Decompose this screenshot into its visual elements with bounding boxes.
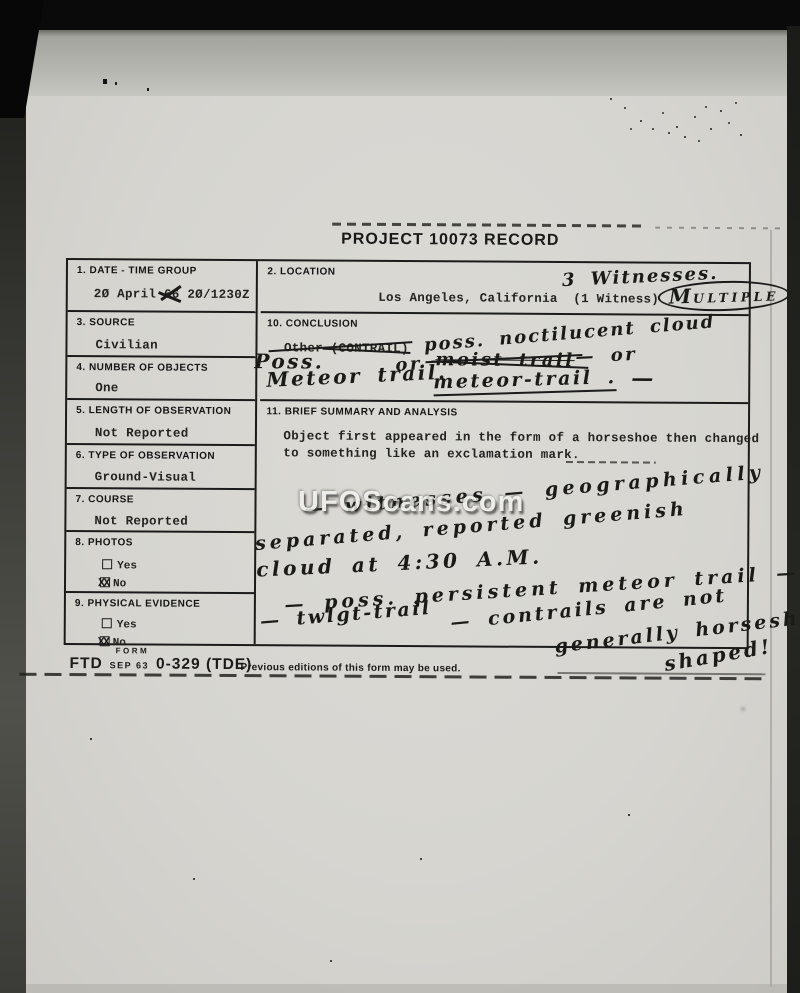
- footer-note-underline: [557, 672, 765, 675]
- field-label: 1. DATE - TIME GROUP: [77, 265, 197, 277]
- checkbox-empty: [102, 618, 112, 628]
- field-course: 7. COURSE Not Reported: [66, 489, 254, 533]
- summary-line: Object first appeared in the form of a h…: [283, 429, 759, 446]
- field-date-time-group: 1. DATE - TIME GROUP 2Ø April 66 2Ø/1230…: [68, 260, 256, 313]
- field-label: 10. CONCLUSION: [267, 318, 358, 330]
- field-value: Los Angeles, California (1 Witness): [378, 291, 659, 307]
- field-label: 8. PHOTOS: [75, 537, 133, 548]
- field-photos: 8. PHOTOS Yes XXNo: [66, 532, 254, 594]
- footer-ftd: FTD: [69, 655, 102, 673]
- xx-mark: XX: [98, 635, 108, 649]
- watermark: UFOScans.com: [298, 486, 524, 519]
- field-value: One: [95, 381, 118, 395]
- field-number-of-objects: 4. NUMBER OF OBJECTS One: [67, 357, 255, 401]
- field-label: 4. NUMBER OF OBJECTS: [76, 362, 208, 374]
- footer-form-word: FORM: [116, 646, 150, 655]
- typed-underline: [565, 461, 655, 464]
- field-label: 11. BRIEF SUMMARY AND ANALYSIS: [267, 406, 458, 418]
- handwriting-or-dash: — or: [575, 344, 638, 368]
- field-source: 3. SOURCE Civilian: [67, 312, 255, 358]
- photos-yes-option: Yes: [102, 559, 137, 572]
- handwriting-dash: —: [631, 365, 656, 391]
- checkbox-empty: [102, 559, 112, 569]
- scanned-document-page: PROJECT 10073 RECORD 1. DATE - TIME GROU…: [0, 0, 800, 993]
- dotted-line: [332, 223, 644, 228]
- footer-sep63: SEP 63: [110, 660, 149, 670]
- handwriting-multiple-circled: MULTIPLE: [657, 279, 790, 313]
- field-label: 7. COURSE: [76, 494, 134, 505]
- field-value: Not Reported: [95, 426, 189, 441]
- handwriting-meteor-trail-2: meteor-trail .: [433, 366, 617, 396]
- dotted-line: [655, 227, 780, 230]
- field-physical-evidence: 9. PHYSICAL EVIDENCE Yes XXNo: [66, 593, 254, 648]
- footer-number: 0-329 (TDE): [156, 656, 252, 675]
- field-length-of-observation: 5. LENGTH OF OBSERVATION Not Reported: [67, 400, 255, 446]
- form-title: PROJECT 10073 RECORD: [341, 231, 559, 250]
- field-label: 6. TYPE OF OBSERVATION: [76, 450, 215, 462]
- handwriting-or: or: [395, 353, 423, 376]
- field-label: 9. PHYSICAL EVIDENCE: [75, 598, 200, 610]
- summary-line: to something like an exclamation mark.: [283, 446, 580, 462]
- footer-form-number: FTD SEP 63 0-329 (TDE): [69, 655, 252, 674]
- photos-no-option: XXNo: [100, 578, 126, 590]
- xx-mark: XX: [98, 576, 108, 590]
- field-type-of-observation: 6. TYPE OF OBSERVATION Ground-Visual: [67, 445, 255, 490]
- field-label: 2. LOCATION: [267, 266, 335, 277]
- field-label: 5. LENGTH OF OBSERVATION: [76, 405, 231, 417]
- field-value: Civilian: [95, 338, 158, 352]
- field-value: Ground-Visual: [95, 470, 197, 485]
- field-value: Not Reported: [94, 514, 188, 529]
- left-column: 1. DATE - TIME GROUP 2Ø April 66 2Ø/1230…: [66, 260, 258, 644]
- footer-previous-editions-note: Previous editions of this form may be us…: [240, 662, 460, 674]
- field-label: 3. SOURCE: [77, 317, 135, 328]
- evidence-yes-option: Yes: [102, 618, 137, 631]
